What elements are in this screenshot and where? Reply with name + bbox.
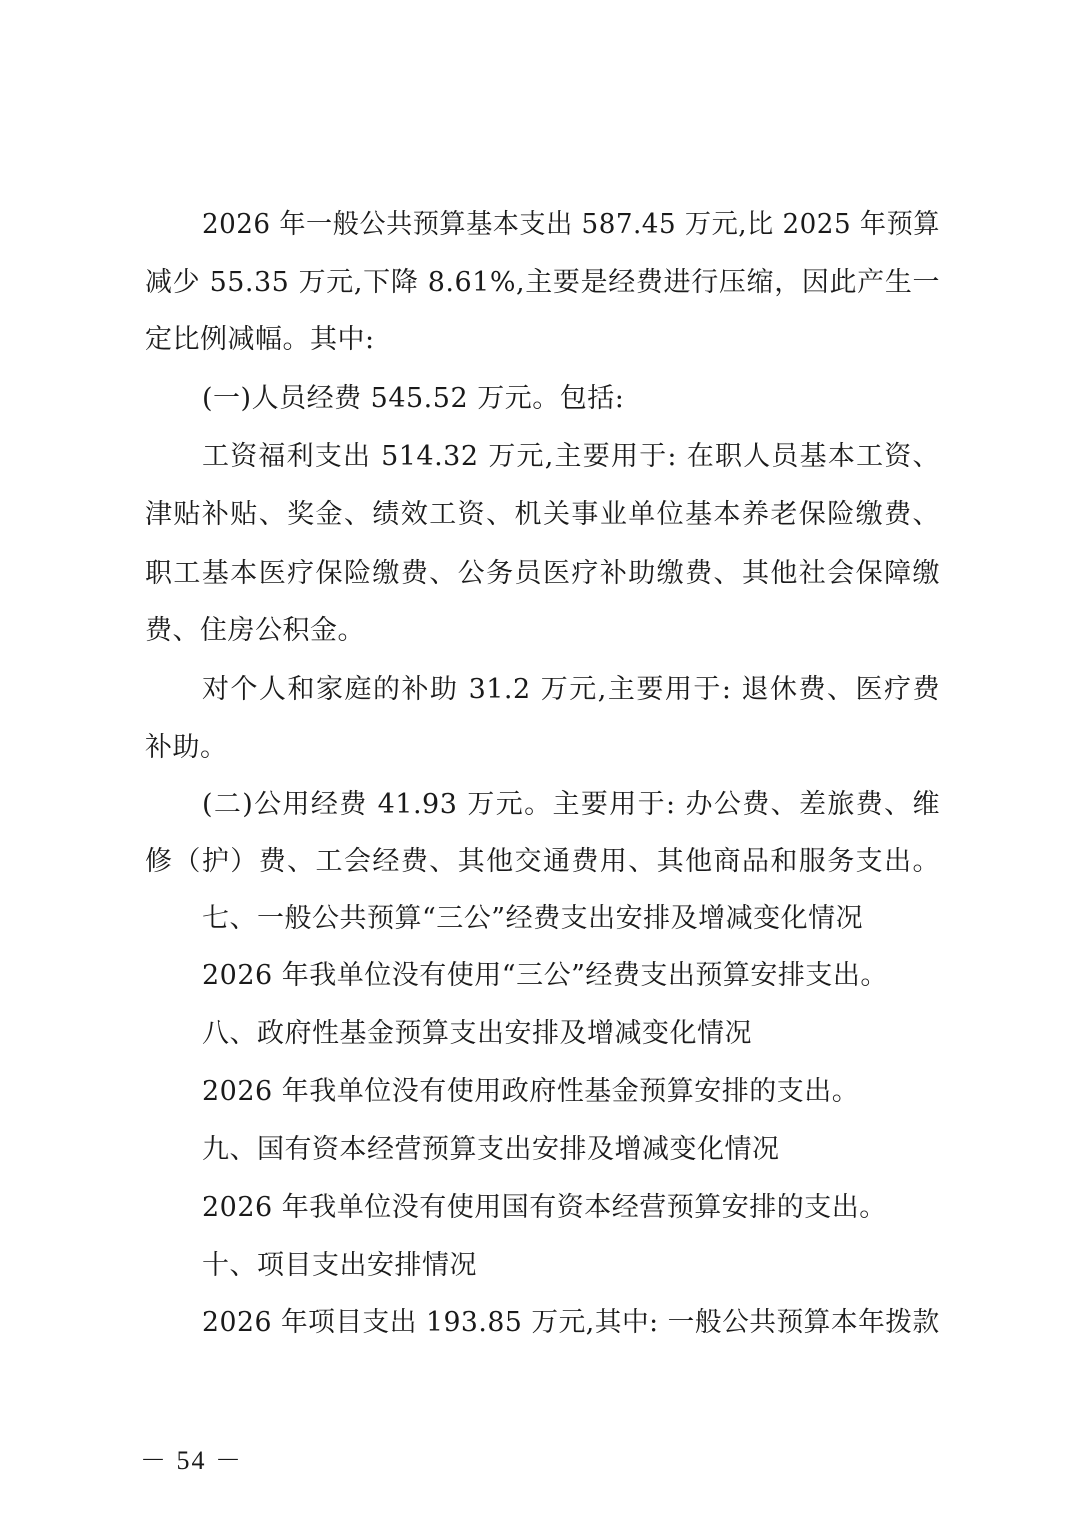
paragraph-line: 费、住房公积金。 bbox=[145, 611, 940, 651]
paragraph-line-salary-welfare: 工资福利支出 514.32 万元,主要用于: 在职人员基本工资、 bbox=[202, 437, 940, 477]
paragraph-line: 2026 年我单位没有使用政府性基金预算安排的支出。 bbox=[202, 1072, 940, 1112]
section-heading-seven: 七、一般公共预算“三公”经费支出安排及增减变化情况 bbox=[202, 899, 940, 939]
section-heading-nine: 九、国有资本经营预算支出安排及增减变化情况 bbox=[202, 1130, 940, 1170]
paragraph-line: 定比例减幅。其中: bbox=[145, 320, 940, 360]
document-page: 2026 年一般公共预算基本支出 587.45 万元,比 2025 年预算 减少… bbox=[0, 0, 1074, 1520]
page-number: － 54 － bbox=[140, 1440, 243, 1477]
paragraph-line: 津贴补贴、奖金、绩效工资、机关事业单位基本养老保险缴费、 bbox=[145, 495, 940, 535]
paragraph-line: 补助。 bbox=[145, 728, 940, 768]
paragraph-line-project-expenditure: 2026 年项目支出 193.85 万元,其中: 一般公共预算本年拨款 bbox=[202, 1303, 940, 1343]
paragraph-line: 职工基本医疗保险缴费、公务员医疗补助缴费、其他社会保障缴 bbox=[145, 554, 940, 594]
paragraph-line-basic-expenditure: 2026 年一般公共预算基本支出 587.45 万元,比 2025 年预算 bbox=[202, 205, 940, 245]
section-heading-eight: 八、政府性基金预算支出安排及增减变化情况 bbox=[202, 1014, 940, 1054]
subheading-public-expenses: (二)公用经费 41.93 万元。主要用于: 办公费、差旅费、维 bbox=[202, 785, 940, 825]
section-heading-ten: 十、项目支出安排情况 bbox=[202, 1246, 940, 1286]
subheading-personnel-expenses: (一)人员经费 545.52 万元。包括: bbox=[202, 379, 940, 419]
paragraph-line: 修（护）费、工会经费、其他交通费用、其他商品和服务支出。 bbox=[145, 842, 940, 882]
paragraph-line-household-subsidy: 对个人和家庭的补助 31.2 万元,主要用于: 退休费、医疗费 bbox=[202, 670, 940, 710]
paragraph-line: 减少 55.35 万元,下降 8.61%,主要是经费进行压缩，因此产生一 bbox=[145, 263, 940, 303]
paragraph-line: 2026 年我单位没有使用“三公”经费支出预算安排支出。 bbox=[202, 956, 940, 996]
paragraph-line: 2026 年我单位没有使用国有资本经营预算安排的支出。 bbox=[202, 1188, 940, 1228]
